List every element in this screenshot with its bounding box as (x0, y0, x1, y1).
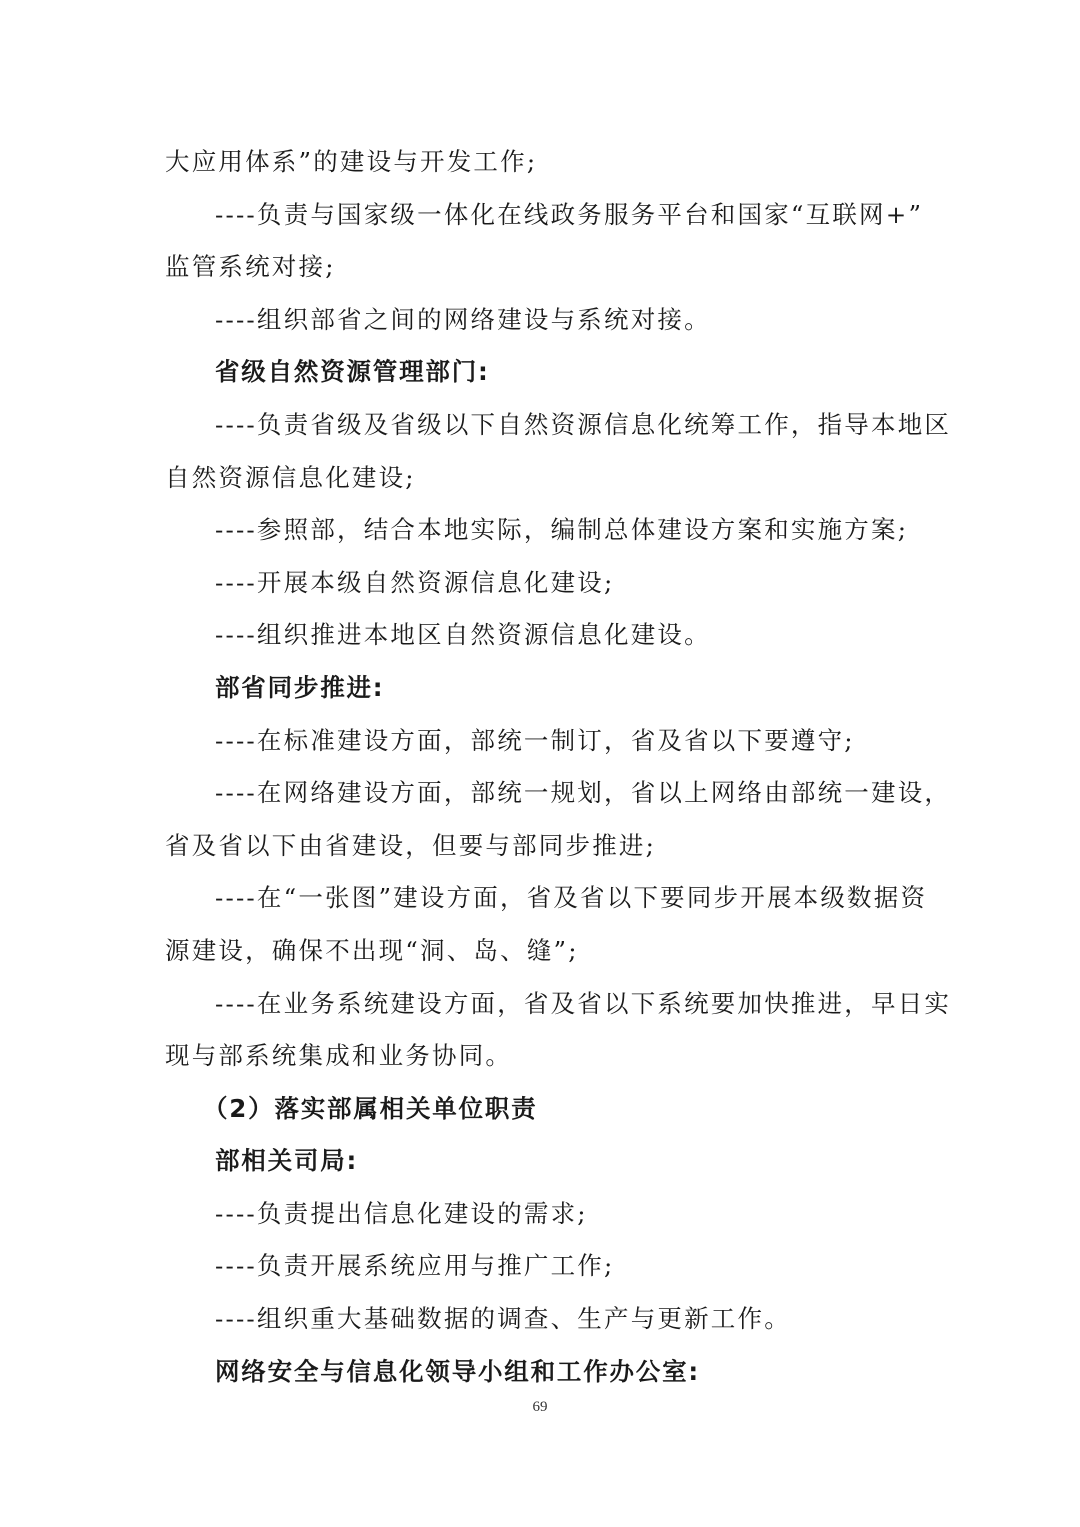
list-item: ----组织部省之间的网络建设与系统对接。 (165, 294, 917, 347)
document-page: 大应用体系”的建设与开发工作; ----负责与国家级一体化在线政务服务平台和国家… (165, 136, 917, 1398)
text-line-continuation: 监管系统对接; (165, 241, 917, 294)
list-item: ----在网络建设方面，部统一规划，省以上网络由部统一建设， (165, 767, 917, 820)
list-item: ----组织重大基础数据的调查、生产与更新工作。 (165, 1293, 917, 1346)
list-item: ----负责与国家级一体化在线政务服务平台和国家“互联网+” (165, 189, 917, 242)
list-item: ----开展本级自然资源信息化建设; (165, 557, 917, 610)
list-item: ----负责省级及省级以下自然资源信息化统筹工作，指导本地区 (165, 399, 917, 452)
text-line-continuation: 现与部系统集成和业务协同。 (165, 1030, 917, 1083)
section-heading-sync-advance: 部省同步推进: (165, 662, 917, 715)
section-heading-ministry-bureaus: 部相关司局: (165, 1135, 917, 1188)
list-item: ----在标准建设方面，部统一制订，省及省以下要遵守; (165, 715, 917, 768)
list-item: ----负责开展系统应用与推广工作; (165, 1240, 917, 1293)
page-number: 69 (0, 1399, 1080, 1416)
section-heading-security-leading-group: 网络安全与信息化领导小组和工作办公室: (165, 1346, 917, 1399)
text-line-continuation: 大应用体系”的建设与开发工作; (165, 136, 917, 189)
text-line-continuation: 省及省以下由省建设，但要与部同步推进; (165, 820, 917, 873)
text-line-continuation: 自然资源信息化建设; (165, 452, 917, 505)
text-line-continuation: 源建设，确保不出现“洞、岛、缝”; (165, 925, 917, 978)
list-item: ----组织推进本地区自然资源信息化建设。 (165, 609, 917, 662)
section-heading-unit-duties: （2）落实部属相关单位职责 (165, 1083, 917, 1136)
list-item: ----负责提出信息化建设的需求; (165, 1188, 917, 1241)
list-item: ----参照部，结合本地实际，编制总体建设方案和实施方案; (165, 504, 917, 557)
list-item: ----在“一张图”建设方面，省及省以下要同步开展本级数据资 (165, 872, 917, 925)
section-heading-provincial-dept: 省级自然资源管理部门: (165, 346, 917, 399)
list-item: ----在业务系统建设方面，省及省以下系统要加快推进，早日实 (165, 978, 917, 1031)
